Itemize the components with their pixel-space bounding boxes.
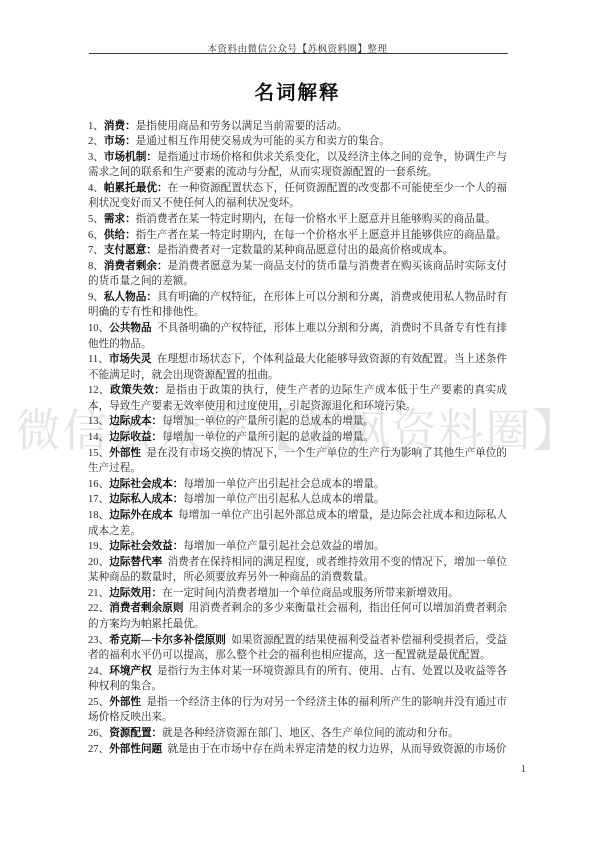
term-item: 5、需求：指消费者在某一特定时期内，在每一价格水平上愿意并且能够购买的商品量。: [88, 212, 507, 228]
term-name: 外部性: [109, 448, 141, 459]
term-name: 边际成本：: [109, 416, 162, 427]
term-definition: 指消费者在某一特定时期内，在每一价格水平上愿意并且能够购买的商品量。: [136, 214, 496, 225]
term-item: 3、市场机制：是指通过市场价格和供求关系变化，以及经济主体之间的竞争，协调生产与…: [88, 150, 507, 181]
term-number: 13、: [88, 416, 109, 427]
term-definition: 是指消费者对一定数量的某种商品愿意付出的最高价格或成本。: [157, 245, 454, 256]
term-item: 20、边际替代率 消费者在保持相同的满足程度，或者维持效用不变的情况下，增加一单…: [88, 555, 507, 586]
term-item: 2、市场：是通过相互作用使交易成为可能的买方和卖方的集合。: [88, 134, 507, 150]
term-item: 21、边际效用：在一定时间内消费者增加一个单位商品或服务所带来新增效用。: [88, 586, 507, 602]
term-number: 22、: [88, 603, 109, 614]
term-item: 1、消费：是指使用商品和劳务以满足当前需要的活动。: [88, 119, 507, 135]
term-name: 市场：: [104, 136, 136, 147]
term-name: 资源配置：: [109, 728, 162, 739]
term-definition: 是在没有市场交换的情况下，一个生产单位的生产行为影响了其他生产单位的生产过程。: [88, 448, 507, 475]
document-page: 微信公众号【苏枫资料圈】 本资料由微信公众号【苏枫资料圈】整理 名词解释 1、消…: [0, 0, 595, 842]
term-name: 消费者剩余原则: [109, 603, 183, 614]
term-number: 19、: [88, 541, 109, 552]
term-item: 23、希克斯—卡尔多补偿原则 如果资源配置的结果使福利受益者补偿福利受损者后，受…: [88, 633, 507, 664]
term-number: 14、: [88, 432, 109, 443]
term-name: 边际外在成本: [109, 510, 173, 521]
term-item: 27、外部性问题 就是由于在市场中存在尚未界定清楚的权力边界，从而导致资源的市场…: [88, 742, 507, 758]
term-number: 25、: [88, 697, 109, 708]
term-definition: 不具备明确的产权特征，形体上难以分割和分离，消费时不具备专有性有排他性的物品。: [88, 323, 507, 350]
term-item: 15、外部性 是在没有市场交换的情况下，一个生产单位的生产行为影响了其他生产单位…: [88, 446, 507, 477]
term-item: 16、边际社会成本：每增加一单位产出引起社会总成本的增量。: [88, 477, 507, 493]
term-name: 需求：: [104, 214, 136, 225]
term-number: 21、: [88, 588, 109, 599]
term-number: 17、: [88, 494, 109, 505]
term-item: 26、资源配置：就是各种经济资源在部门、地区、各生产单位间的流动和分布。: [88, 726, 507, 742]
term-definition: 每增加一单位的产量所引起的总收益的增量。: [162, 432, 374, 443]
term-number: 4、: [88, 183, 104, 194]
term-number: 3、: [88, 152, 104, 163]
term-name: 支付愿意：: [104, 245, 157, 256]
term-number: 10、: [88, 323, 109, 334]
term-name: 消费者剩余：: [104, 261, 168, 272]
term-item: 13、边际成本：每增加一单位的产量所引起的总成本的增量。: [88, 414, 507, 430]
term-item: 4、帕累托最优：在一种资源配置状态下，任何资源配置的改变都不可能使至少一个人的福…: [88, 181, 507, 212]
term-item: 10、公共物品 不具备明确的产权特征，形体上难以分割和分离，消费时不具备专有性有…: [88, 321, 507, 352]
term-item: 24、环境产权 是指行为主体对某一环境资源具有的所有、使用、占有、处置以及收益等…: [88, 664, 507, 695]
term-number: 5、: [88, 214, 104, 225]
term-item: 9、私人物品：具有明确的产权特征，在形体上可以分割和分离，消费或使用私人物品时有…: [88, 290, 507, 321]
term-definition: 每增加一单位产量引起社会总效益的增加。: [183, 541, 384, 552]
term-number: 9、: [88, 292, 104, 303]
term-number: 16、: [88, 479, 109, 490]
term-definition: 每增加一单位的产量所引起的总成本的增量。: [162, 416, 374, 427]
term-name: 边际社会成本：: [109, 479, 183, 490]
term-item: 18、边际外在成本 每增加一单位产出引起外部总成本的增量，是边际会社成本和边际私…: [88, 508, 507, 539]
term-name: 边际效用：: [109, 588, 162, 599]
term-item: 12、政策失效：是指由于政策的执行，使生产者的边际生产成本低于生产要素的真实成本…: [88, 383, 507, 414]
term-definition: 是指一个经济主体的行为对另一个经济主体的福利所产生的影响并没有通过市场价格反映出…: [88, 697, 507, 724]
terms-list: 1、消费：是指使用商品和劳务以满足当前需要的活动。 2、市场：是通过相互作用使交…: [88, 119, 507, 758]
term-name: 边际替代率: [109, 557, 162, 568]
term-name: 帕累托最优：: [104, 183, 168, 194]
term-number: 7、: [88, 245, 104, 256]
term-definition: 是指使用商品和劳务以满足当前需要的活动。: [136, 121, 348, 132]
term-name: 边际收益：: [109, 432, 162, 443]
term-name: 希克斯—卡尔多补偿原则: [109, 635, 226, 646]
term-name: 消费：: [104, 121, 136, 132]
term-definition: 就是由于在市场中存在尚未界定清楚的权力边界，从而导致资源的市场价: [162, 744, 506, 755]
term-number: 8、: [88, 261, 104, 272]
term-definition: 是通过相互作用使交易成为可能的买方和卖方的集合。: [136, 136, 390, 147]
term-number: 15、: [88, 448, 109, 459]
term-name: 私人物品：: [104, 292, 157, 303]
term-number: 6、: [88, 230, 104, 241]
term-number: 23、: [88, 635, 109, 646]
term-definition: 在理想市场状态下，个体利益最大化能够导致资源的有效配置。当上述条件不能满足时，就…: [88, 354, 507, 381]
term-item: 25、外部性 是指一个经济主体的行为对另一个经济主体的福利所产生的影响并没有通过…: [88, 695, 507, 726]
header-divider: [89, 53, 508, 54]
term-name: 市场失灵: [109, 354, 151, 365]
term-number: 2、: [88, 136, 104, 147]
term-item: 14、边际收益：每增加一单位的产量所引起的总收益的增量。: [88, 430, 507, 446]
term-name: 外部性问题: [109, 744, 162, 755]
term-name: 供给：: [104, 230, 136, 241]
term-name: 市场机制：: [104, 152, 157, 163]
page-number: 1: [521, 764, 526, 775]
term-item: 8、消费者剩余：是消费者愿意为某一商品支付的货币量与消费者在购买该商品时实际支付…: [88, 259, 507, 290]
term-definition: 在一定时间内消费者增加一个单位商品或服务所带来新增效用。: [162, 588, 459, 599]
term-name: 公共物品: [109, 323, 151, 334]
term-item: 11、市场失灵 在理想市场状态下，个体利益最大化能够导致资源的有效配置。当上述条…: [88, 352, 507, 383]
term-item: 17、边际私人成本：每增加一单位产出引起私人总成本的增量。: [88, 492, 507, 508]
term-number: 24、: [88, 666, 109, 677]
term-number: 27、: [88, 744, 109, 755]
term-item: 19、边际社会效益：每增加一单位产量引起社会总效益的增加。: [88, 539, 507, 555]
term-definition: 每增加一单位产出引起社会总成本的增量。: [183, 479, 384, 490]
term-number: 26、: [88, 728, 109, 739]
term-number: 1、: [88, 121, 104, 132]
page-title: 名词解释: [0, 77, 595, 105]
term-definition: 就是各种经济资源在部门、地区、各生产单位间的流动和分布。: [162, 728, 459, 739]
term-name: 政策失效：: [110, 385, 165, 396]
term-name: 边际社会效益：: [109, 541, 183, 552]
term-item: 22、消费者剩余原则 用消费者剩余的多少来衡量社会福利，指出任何可以增加消费者剩…: [88, 601, 507, 632]
term-definition: 是指行为主体对某一环境资源具有的所有、使用、占有、处置以及收益等各种权利的集合。: [88, 666, 507, 693]
term-item: 7、支付愿意：是指消费者对一定数量的某种商品愿意付出的最高价格或成本。: [88, 243, 507, 259]
term-name: 边际私人成本：: [109, 494, 183, 505]
term-number: 18、: [88, 510, 109, 521]
term-number: 20、: [88, 557, 109, 568]
term-number: 12、: [88, 385, 110, 396]
term-name: 外部性: [109, 697, 141, 708]
term-definition: 每增加一单位产出引起私人总成本的增量。: [183, 494, 384, 505]
term-number: 11、: [88, 354, 109, 365]
term-definition: 指生产者在某一特定时期内，在每一个价格水平上愿意并且能够供应的商品量。: [136, 230, 507, 241]
term-name: 环境产权: [109, 666, 151, 677]
term-item: 6、供给：指生产者在某一特定时期内，在每一个价格水平上愿意并且能够供应的商品量。: [88, 228, 507, 244]
